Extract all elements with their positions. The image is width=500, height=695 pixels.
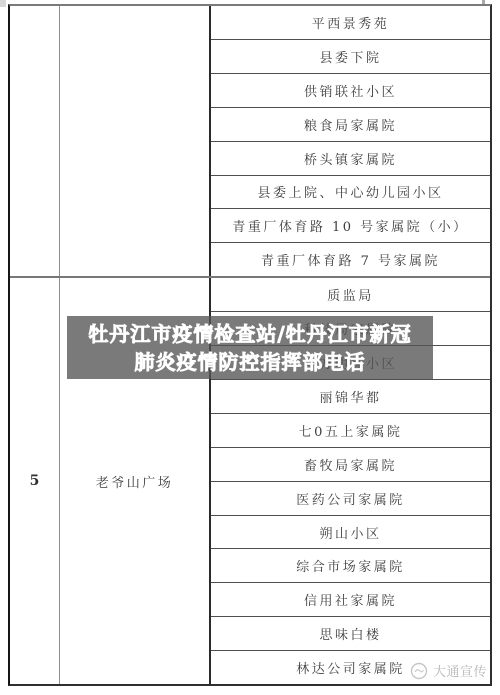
table-row: 县委下院 <box>211 40 490 74</box>
table-row: 思味白楼 <box>211 617 490 651</box>
table-row: 畜牧局家属院 <box>211 448 490 482</box>
table-row: 医药公司家属院 <box>211 482 490 516</box>
overlay-title-line2: 肺炎疫情防控指挥部电话 <box>135 348 366 376</box>
watermark-logo-icon <box>410 662 428 680</box>
table-row: 朔山小区 <box>211 516 490 550</box>
group-items-column: 平西景秀苑县委下院供销联社小区粮食局家属院桥头镇家属院县委上院、中心幼儿园小区青… <box>211 6 490 276</box>
group-number-cell: 5 <box>10 278 60 684</box>
table-row: 平西景秀苑 <box>211 6 490 40</box>
table-row: 粮食局家属院 <box>211 108 490 142</box>
table-row: 综合市场家属院 <box>211 549 490 583</box>
table-group: 平西景秀苑县委下院供销联社小区粮食局家属院桥头镇家属院县委上院、中心幼儿园小区青… <box>10 6 490 276</box>
title-stamp-overlay: 牡丹江市疫情检查站/牡丹江市新冠 肺炎疫情防控指挥部电话 <box>67 316 433 379</box>
table-row: 质监局 <box>211 278 490 312</box>
overlay-title-line1: 牡丹江市疫情检查站/牡丹江市新冠 <box>88 320 411 348</box>
table-row: 信用社家属院 <box>211 583 490 617</box>
page-corner-artifact <box>0 0 6 7</box>
table-row: 七0五上家属院 <box>211 414 490 448</box>
table-row: 供销联社小区 <box>211 74 490 108</box>
table-row: 丽锦华都 <box>211 380 490 414</box>
table-row: 桥头镇家属院 <box>211 142 490 176</box>
group-name-cell <box>60 6 211 276</box>
watermark: 大通宣传 <box>410 661 487 680</box>
table-row: 青重厂体育路 7 号家属院 <box>211 243 490 276</box>
group-number-cell <box>10 6 60 276</box>
table-row: 青重厂体育路 10 号家属院（小） <box>211 209 490 243</box>
watermark-text: 大通宣传 <box>433 661 487 680</box>
table-row: 县委上院、中心幼儿园小区 <box>211 176 490 210</box>
